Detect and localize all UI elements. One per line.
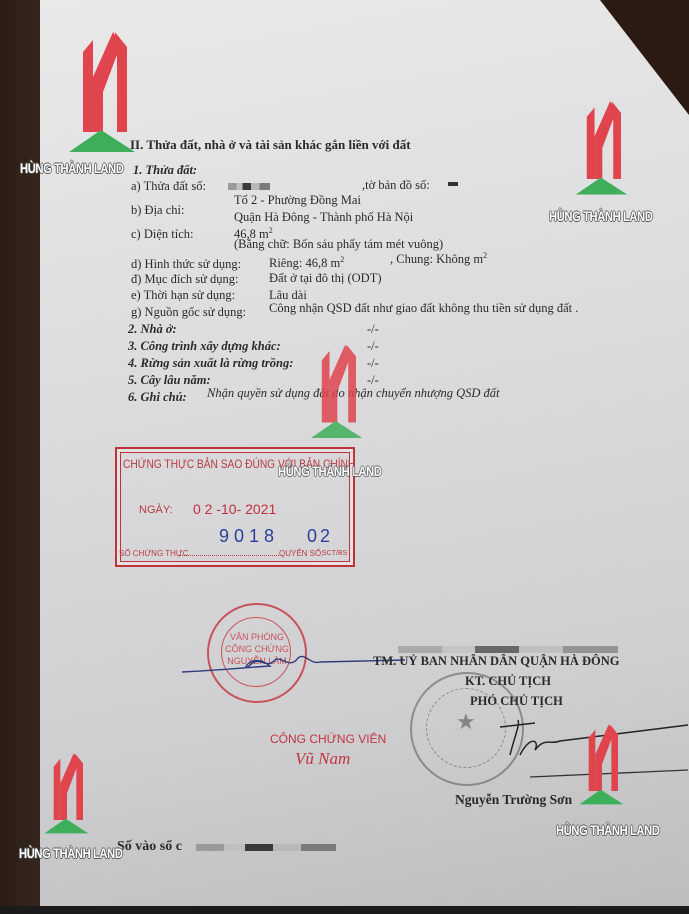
register-label: Số vào sổ c (117, 840, 182, 854)
address-line1: Tổ 2 - Phường Đồng Mai (234, 194, 361, 207)
notary-title: CÔNG CHỨNG VIÊN (270, 733, 386, 745)
watermark-bottom-left: HÙNG THÀNH LAND (35, 735, 125, 865)
origin-value: Công nhận QSD đất như giao đất không thu… (269, 302, 578, 315)
item-structures-label: 3. Công trình xây dựng khác: (128, 340, 281, 353)
stamp-date-value: 0 2 -10- 2021 (193, 501, 276, 517)
usage-shared: , Chung: Không m2 (390, 252, 487, 266)
map-sheet-label: ,tờ bản đồ số: (362, 179, 430, 192)
item-trees-label: 5. Cây lâu năm: (128, 374, 211, 387)
item-house-label: 2. Nhà ở: (128, 323, 177, 336)
watermark-top-left: HÙNG THÀNH LAND (55, 22, 145, 182)
watermark-bottom-right: HÙNG THÀNH LAND (570, 705, 660, 845)
usage-form-label: d) Hình thức sử dụng: (131, 258, 241, 271)
hungthanh-logo-icon (570, 705, 630, 817)
stamp-dotted-line (179, 555, 279, 556)
purpose-value: Đất ở tại đô thị (ODT) (269, 272, 382, 285)
hungthanh-logo-icon (35, 735, 95, 845)
stamp-book: 02 (307, 526, 333, 547)
hungthanh-logo-icon (565, 88, 635, 200)
note-label: 6. Ghi chú: (128, 391, 187, 404)
area-label: c) Diện tích: (131, 228, 193, 241)
redacted-map-sheet (448, 182, 458, 186)
star-emblem-icon: ★ (456, 709, 476, 735)
authority-line1: TM. UỶ BAN NHÂN DÂN QUẬN HÀ ĐÔNG (373, 655, 620, 668)
address-line2: Quận Hà Đông - Thành phố Hà Nội (234, 211, 413, 224)
stamp-book-label: QUYỂN SỐ: (279, 549, 323, 558)
stamp-number-label: SỐ CHỨNG THỰC (119, 549, 189, 558)
hungthanh-logo-icon (300, 320, 370, 455)
redacted-register-number (196, 844, 336, 851)
item-forest-label: 4. Rừng sản xuất là rừng trồng: (128, 357, 293, 370)
bottom-edge (0, 906, 689, 914)
purpose-label: đ) Mục đích sử dụng: (131, 273, 238, 286)
term-label: e) Thời hạn sử dụng: (131, 289, 235, 302)
usage-private: Riêng: 46,8 m2 (269, 256, 344, 270)
stamp-number: 9018 (219, 526, 279, 547)
redacted-plot-number (228, 183, 270, 190)
notary-name: Vũ Nam (295, 750, 350, 767)
address-label: b) Địa chỉ: (131, 204, 184, 217)
stamp-date-label: NGÀY: (139, 504, 173, 516)
watermark-top-right: HÙNG THÀNH LAND (565, 88, 655, 228)
section-title: II. Thửa đất, nhà ở và tài sản khác gắn … (130, 138, 411, 151)
term-value: Lâu dài (269, 289, 307, 302)
watermark-center: HÙNG THÀNH LAND (300, 320, 390, 480)
origin-label: g) Nguồn gốc sử dụng: (131, 306, 246, 319)
signer-name: Nguyễn Trường Sơn (455, 793, 572, 807)
area-in-words: (Bằng chữ: Bốn sáu phẩy tám mét vuông) (234, 238, 443, 251)
hungthanh-logo-icon (55, 22, 145, 152)
stamp-book-code: SCT/BS (322, 550, 347, 557)
